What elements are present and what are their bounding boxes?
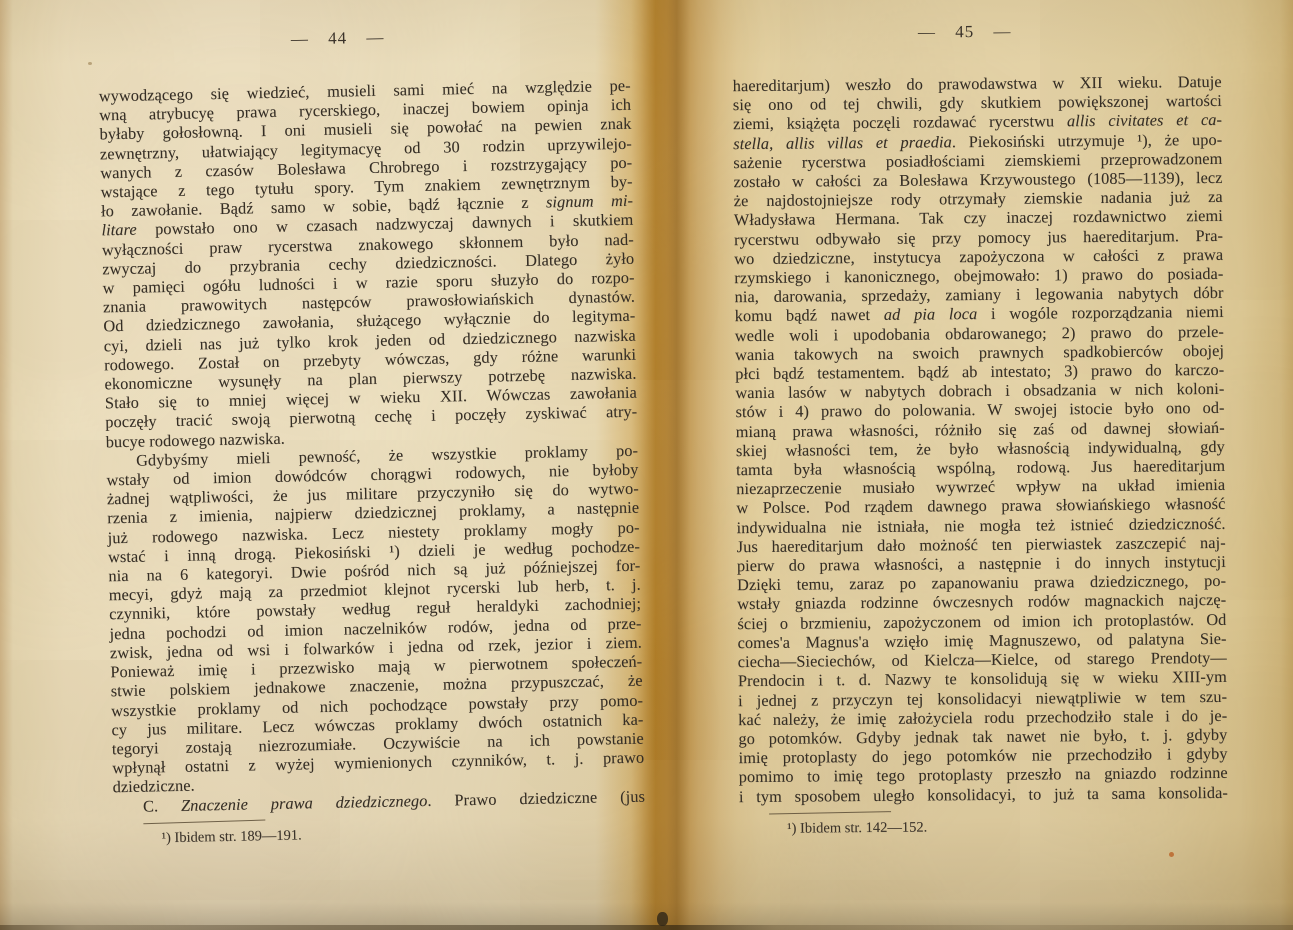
right-text-block: haereditarjum) weszło do prawodawstwa w … <box>733 72 1228 806</box>
text-segment: . Piekosiński utrzymuje ¹), że upo- <box>952 129 1223 150</box>
italic-phrase: allis civitates et ca- <box>1067 110 1222 130</box>
paper-speck <box>88 62 92 65</box>
italic-phrase: Znaczenie prawa dziedzicznego <box>181 790 428 814</box>
paragraph: wywodzącego się wiedzieć, musieli sami m… <box>99 76 638 451</box>
text-segment: . Prawo dziedziczne (jus <box>427 786 645 809</box>
footnote-rule <box>769 811 891 814</box>
left-text-block: wywodzącego się wiedzieć, musieli sami m… <box>99 76 646 816</box>
page-number-text: — 45 — <box>918 22 1012 42</box>
paper-speck <box>1169 852 1174 857</box>
page-left: — 44 — wywodzącego się wiedzieć, musieli… <box>98 23 646 848</box>
footnote-left: ¹) Ibidem str. 189—191. <box>114 819 646 848</box>
page-number-left: — 44 — <box>72 23 604 54</box>
footnote-right: ¹) Ibidem str. 142—152. <box>739 816 1228 838</box>
text-segment: ziemi, książęta poczęli rozdawać rycerst… <box>733 112 1067 134</box>
page-bottom-edge-shadow <box>0 925 1293 930</box>
paper-speck <box>657 912 668 926</box>
page-number-right: — 45 — <box>720 20 1209 44</box>
text-segment: i tym sposobem uległo konsolidacyi, to j… <box>739 782 1228 805</box>
text-segment: komu bądź nawet <box>735 305 884 325</box>
italic-phrase: ad pia loca <box>884 304 978 324</box>
text-segment: C. <box>143 795 181 815</box>
page-right: — 45 — haereditarjum) weszło do prawodaw… <box>732 20 1228 838</box>
paragraph: Gdybyśmy mieli pewność, że wszystkie pro… <box>106 441 645 797</box>
italic-phrase: signum mi- <box>546 191 633 212</box>
page-number-text: — 44 — <box>291 28 385 49</box>
text-segment: i wogóle rozporządzania niemi <box>977 302 1224 323</box>
italic-phrase: stella, allis villas et praedia <box>733 132 952 153</box>
paragraph: haereditarjum) weszło do prawodawstwa w … <box>733 72 1228 806</box>
italic-phrase: litare <box>101 220 137 240</box>
text-segment: dziedziczne. <box>112 776 194 797</box>
text-line: i tym sposobem uległo konsolidacyi, to j… <box>739 782 1228 805</box>
footnote-rule <box>143 819 265 824</box>
